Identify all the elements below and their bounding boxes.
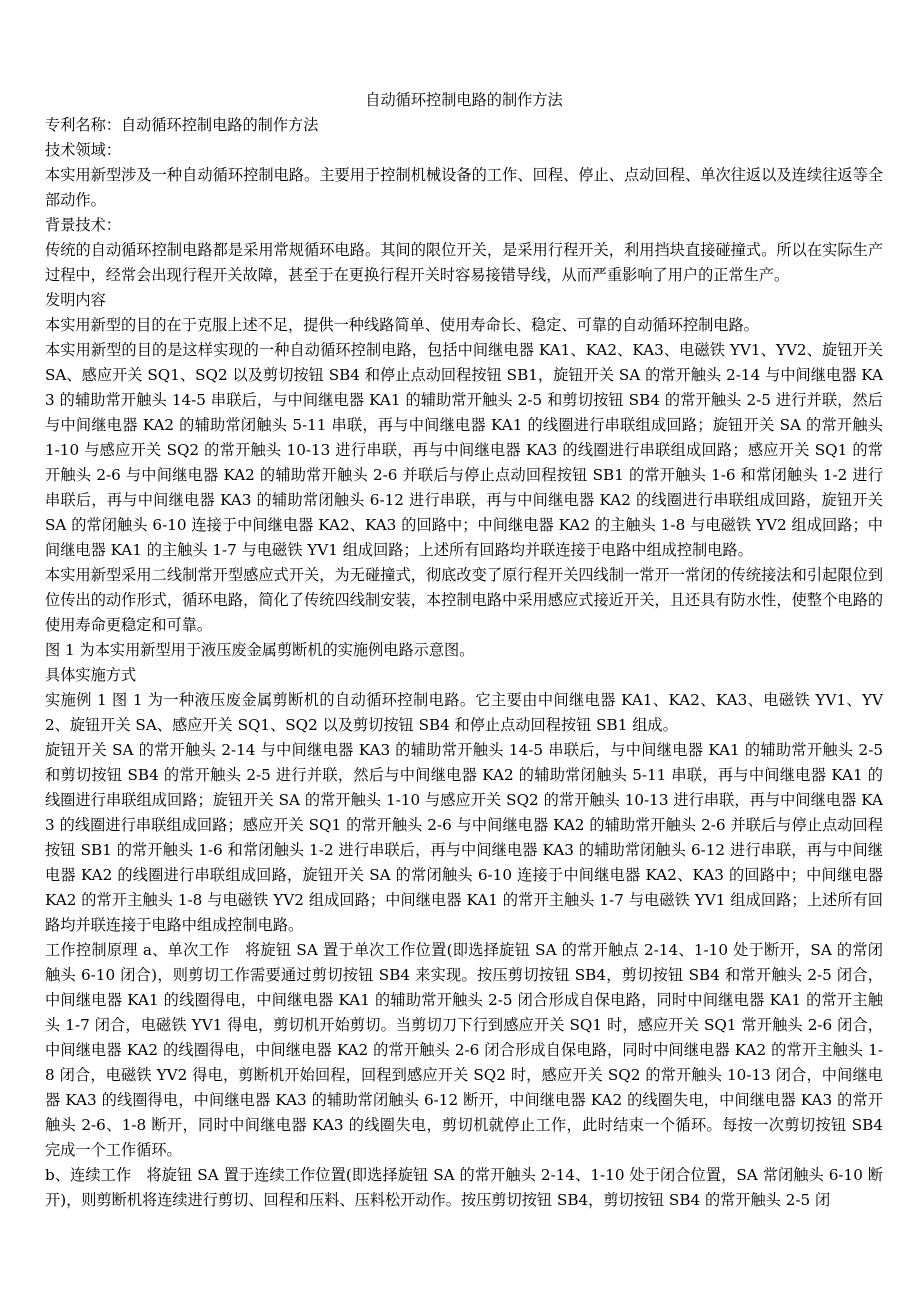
section-heading-technical-field: 技术领域：: [45, 138, 883, 163]
invention-purpose-paragraph: 本实用新型的目的在于克服上述不足，提供一种线路简单、使用寿命长、稳定、可靠的自动…: [45, 313, 883, 338]
document-page: 自动循环控制电路的制作方法 专利名称：自动循环控制电路的制作方法 技术领域： 本…: [45, 88, 883, 1213]
section-heading-embodiment: 具体实施方式: [45, 663, 883, 688]
section-heading-invention-content: 发明内容: [45, 288, 883, 313]
patent-name-line: 专利名称：自动循环控制电路的制作方法: [45, 113, 883, 138]
technical-field-paragraph: 本实用新型涉及一种自动循环控制电路。主要用于控制机械设备的工作、回程、停止、点动…: [45, 163, 883, 213]
embodiment-intro-paragraph: 实施例 1 图 1 为一种液压废金属剪断机的自动循环控制电路。它主要由中间继电器…: [45, 688, 883, 738]
invention-advantage-paragraph: 本实用新型采用二线制常开型感应式开关，为无碰撞式，彻底改变了原行程开关四线制一常…: [45, 563, 883, 638]
figure-description-paragraph: 图 1 为本实用新型用于液压废金属剪断机的实施例电路示意图。: [45, 638, 883, 663]
document-title: 自动循环控制电路的制作方法: [45, 88, 883, 113]
single-cycle-operation-paragraph: 工作控制原理 a、单次工作 将旋钮 SA 置于单次工作位置(即选择旋钮 SA 的…: [45, 938, 883, 1163]
section-heading-background: 背景技术：: [45, 213, 883, 238]
background-paragraph: 传统的自动循环控制电路都是采用常规循环电路。其间的限位开关，是采用行程开关，利用…: [45, 238, 883, 288]
continuous-operation-paragraph: b、连续工作 将旋钮 SA 置于连续工作位置(即选择旋钮 SA 的常开触头 2-…: [45, 1163, 883, 1213]
embodiment-circuit-paragraph: 旋钮开关 SA 的常开触头 2-14 与中间继电器 KA3 的辅助常开触头 14…: [45, 738, 883, 938]
invention-implementation-paragraph: 本实用新型的目的是这样实现的一种自动循环控制电路，包括中间继电器 KA1、KA2…: [45, 338, 883, 563]
